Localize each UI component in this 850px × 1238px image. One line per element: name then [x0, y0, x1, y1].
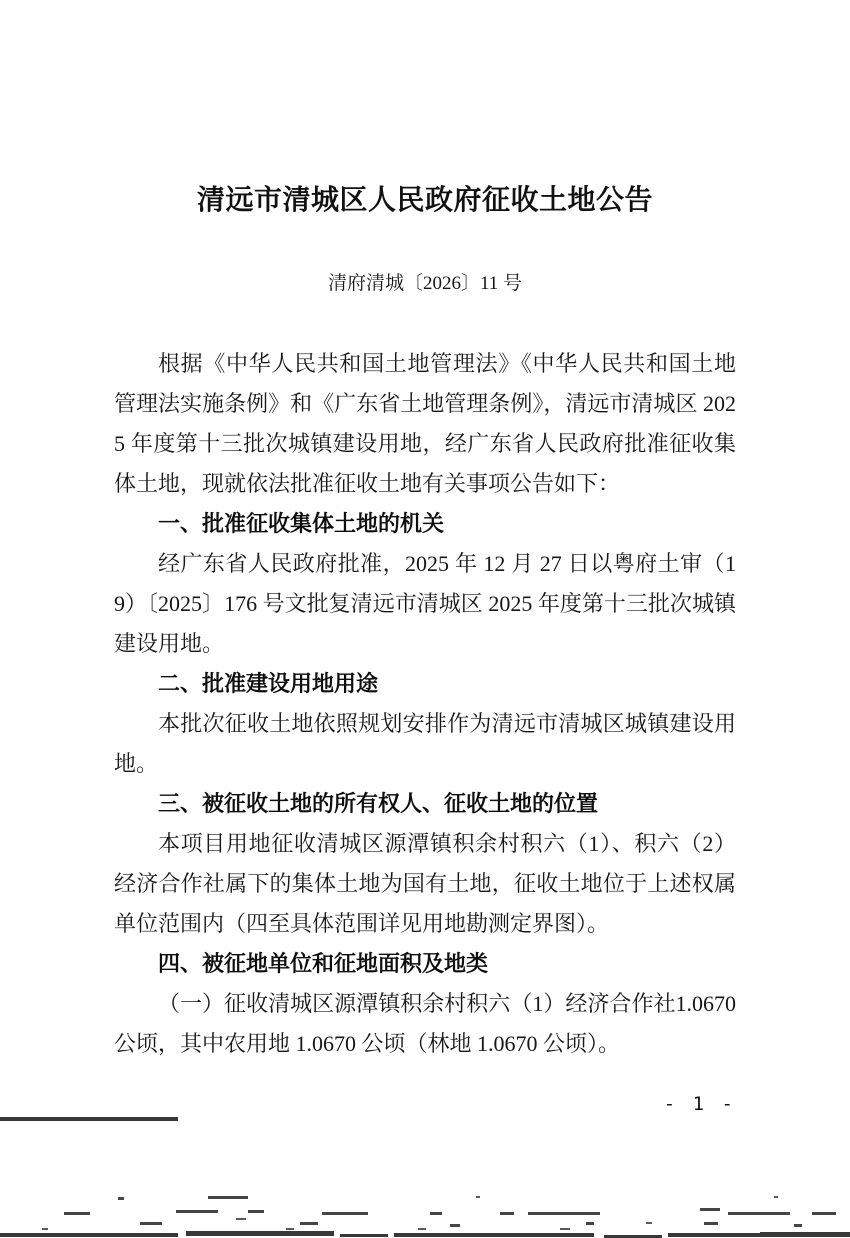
document-page: 清远市清城区人民政府征收土地公告 清府清城〔2026〕11 号 根据《中华人民共…	[0, 0, 850, 1238]
section-2-heading: 二、批准建设用地用途	[114, 664, 736, 704]
section-1-heading: 一、批准征收集体土地的机关	[114, 504, 736, 544]
intro-paragraph: 根据《中华人民共和国土地管理法》《中华人民共和国土地管理法实施条例》和《广东省土…	[114, 344, 736, 504]
document-number: 清府清城〔2026〕11 号	[114, 271, 736, 297]
section-1-paragraph: 经广东省人民政府批准，2025 年 12 月 27 日以粤府土审（19）〔202…	[114, 544, 736, 664]
section-2-paragraph: 本批次征收土地依照规划安排作为清远市清城区城镇建设用地。	[114, 704, 736, 784]
section-3-heading: 三、被征收土地的所有权人、征收土地的位置	[114, 784, 736, 824]
document-body: 根据《中华人民共和国土地管理法》《中华人民共和国土地管理法实施条例》和《广东省土…	[114, 344, 736, 1064]
section-3-paragraph: 本项目用地征收清城区源潭镇积余村积六（1）、积六（2）经济合作社属下的集体土地为…	[114, 824, 736, 944]
document-content: 清远市清城区人民政府征收土地公告 清府清城〔2026〕11 号 根据《中华人民共…	[114, 0, 736, 1117]
section-4-paragraph: （一）征收清城区源潭镇积余村积六（1）经济合作社1.0670公顷，其中农用地 1…	[114, 984, 736, 1064]
section-4-heading: 四、被征地单位和征地面积及地类	[114, 944, 736, 984]
page-number: - 1 -	[114, 1091, 736, 1117]
document-title: 清远市清城区人民政府征收土地公告	[114, 183, 736, 219]
